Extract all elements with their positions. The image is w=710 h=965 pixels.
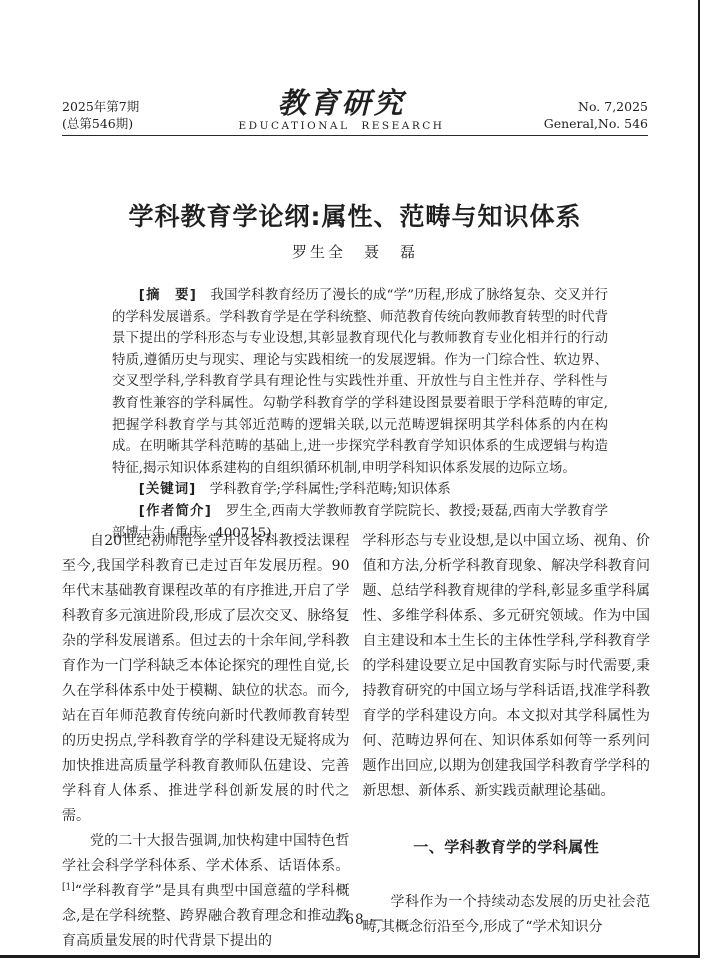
- abstract-label: [摘 要]: [139, 288, 197, 303]
- reference-mark-1: [1]: [62, 882, 75, 892]
- journal-logo-cn: 教育研究: [239, 88, 445, 118]
- author-bio-label: [作者简介]: [139, 504, 212, 519]
- article-authors: 罗生全 聂 磊: [0, 241, 710, 262]
- scan-edge-bottom: [0, 955, 700, 958]
- issue-cn-line2: (总第546期): [62, 115, 139, 132]
- issue-en-line2: General,No. 546: [544, 115, 648, 132]
- scan-edge-right: [698, 0, 700, 957]
- body-paragraph-2: 党的二十大报告强调,加快构建中国特色哲学社会科学学科体系、学术体系、话语体系。[…: [62, 829, 350, 954]
- left-column: 自20世纪初师范学堂开设各科教授法课程至今,我国学科教育已走过百年发展历程。90…: [62, 529, 350, 954]
- issue-cn-line1: 2025年第7期: [62, 98, 139, 115]
- abstract-text: 我国学科教育经历了漫长的成“学”历程,形成了脉络复杂、交叉并行的学科发展谱系。学…: [112, 288, 608, 476]
- section-heading-1: 一、学科教育学的学科属性: [363, 835, 651, 860]
- page-number: — 68 —: [0, 912, 710, 928]
- abstract: [摘 要] 我国学科教育经历了漫长的成“学”历程,形成了脉络复杂、交叉并行的学科…: [112, 285, 608, 479]
- body-paragraph-2-text: 党的二十大报告强调,加快构建中国特色哲学社会科学学科体系、学术体系、话语体系。: [62, 833, 350, 874]
- right-column: 学科形态与专业设想,是以中国立场、视角、价值和方法,分析学科教育现象、解决学科教…: [363, 529, 651, 954]
- issue-en-line1: No. 7,2025: [544, 98, 648, 115]
- header-divider: [62, 135, 648, 136]
- keywords-text: 学科教育学;学科属性;学科范畴;知识体系: [210, 482, 451, 497]
- journal-logo: 教育研究 EDUCATIONAL RESEARCH: [239, 88, 445, 132]
- article-title: 学科教育学论纲:属性、范畴与知识体系: [0, 197, 710, 233]
- journal-header: 2025年第7期 (总第546期) 教育研究 EDUCATIONAL RESEA…: [62, 88, 648, 132]
- body-paragraph-1: 自20世纪初师范学堂开设各科教授法课程至今,我国学科教育已走过百年发展历程。90…: [62, 529, 350, 829]
- journal-page: 2025年第7期 (总第546期) 教育研究 EDUCATIONAL RESEA…: [0, 0, 710, 965]
- keywords-label: [关键词]: [139, 482, 196, 497]
- keywords: [关键词] 学科教育学;学科属性;学科范畴;知识体系: [112, 479, 608, 501]
- article-body: 自20世纪初师范学堂开设各科教授法课程至今,我国学科教育已走过百年发展历程。90…: [62, 529, 650, 954]
- issue-info-cn: 2025年第7期 (总第546期): [62, 98, 139, 132]
- journal-logo-en: EDUCATIONAL RESEARCH: [239, 120, 445, 132]
- issue-info-en: No. 7,2025 General,No. 546: [544, 98, 648, 132]
- body-paragraph-3: 学科形态与专业设想,是以中国立场、视角、价值和方法,分析学科教育现象、解决学科教…: [363, 529, 651, 804]
- front-matter: [摘 要] 我国学科教育经历了漫长的成“学”历程,形成了脉络复杂、交叉并行的学科…: [112, 285, 608, 544]
